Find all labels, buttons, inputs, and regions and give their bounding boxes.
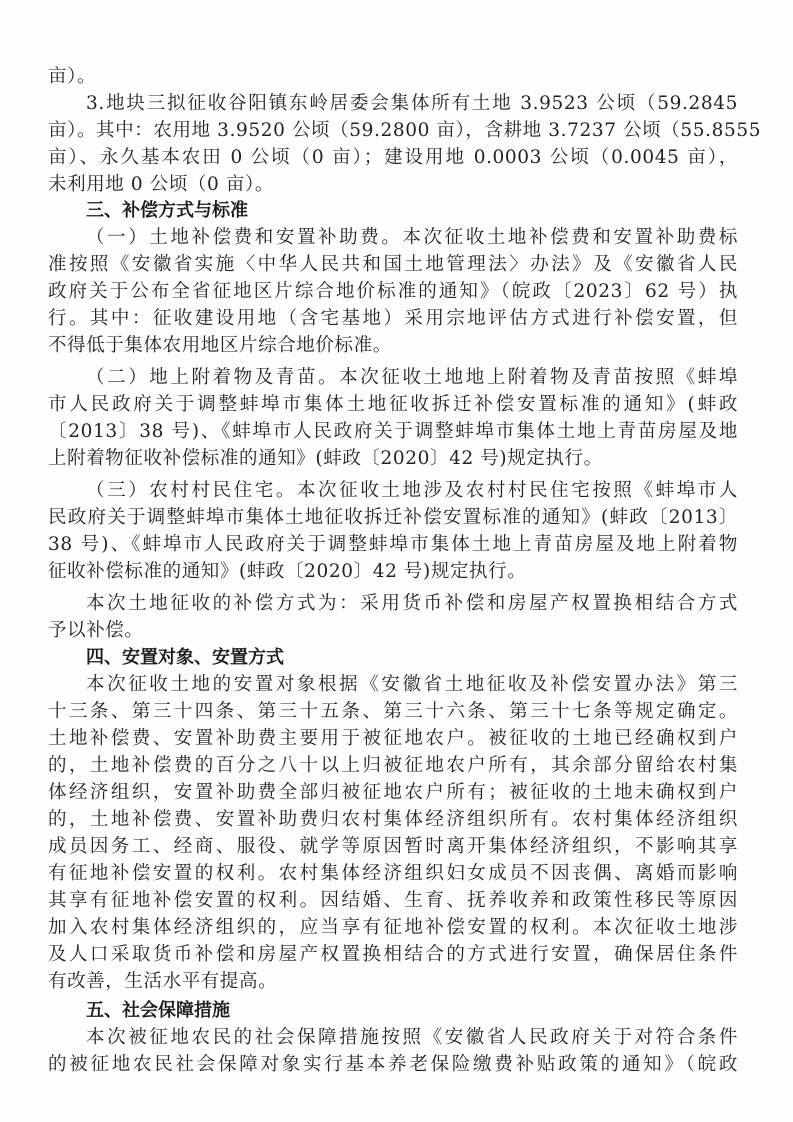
paragraph-line: 市人民政府关于调整蚌埠市集体土地征收拆迁补偿安置标准的通知》(蚌政 <box>48 391 738 418</box>
paragraph-line: 上附着物征收补偿标准的通知》(蚌政〔2020〕42 号)规定执行。 <box>48 445 738 472</box>
document-page: 亩）。3.地块三拟征收谷阳镇东岭居委会集体所有土地 3.9523 公顷（59.2… <box>0 0 793 1122</box>
paragraph-line: 成员因务工、经商、服役、就学等原因暂时离开集体经济组织，不影响其享 <box>48 833 738 860</box>
paragraph-first-line: 本次征收土地的安置对象根据《安徽省土地征收及补偿安置办法》第三 <box>86 671 738 698</box>
paragraph-line: 的，土地补偿费的百分之八十以上归被征地农户所有，其余部分留给农村集 <box>48 752 738 779</box>
paragraph-first-line: （三）农村村民住宅。本次征收土地涉及农村村民住宅按照《蚌埠市人 <box>86 477 738 504</box>
paragraph-line: 亩）、永久基本农田 0 公顷（0 亩）；建设用地 0.0003 公顷（0.004… <box>48 144 738 171</box>
section-heading: 三、补偿方式与标准 <box>86 197 248 224</box>
paragraph-line: 未利用地 0 公顷（0 亩）。 <box>48 171 738 198</box>
section-heading: 五、社会保障措施 <box>86 997 230 1024</box>
paragraph-line: 有征地补偿安置的权利。农村集体经济组织妇女成员不因丧偶、离婚而影响 <box>48 860 738 887</box>
paragraph-line: 有改善，生活水平有提高。 <box>48 968 738 995</box>
paragraph-line: 不得低于集体农用地区片综合地价标准。 <box>48 332 738 359</box>
paragraph-line: 十三条、第三十四条、第三十五条、第三十六条、第三十七条等规定确定。 <box>48 698 738 725</box>
paragraph-line: 及人口采取货币补偿和房屋产权置换相结合的方式进行安置，确保居住条件 <box>48 941 738 968</box>
paragraph-line: 体经济组织，安置补助费全部归被征地农户所有；被征收的土地未确权到户 <box>48 779 738 806</box>
paragraph-line: 予以补偿。 <box>48 617 738 644</box>
section-heading: 四、安置对象、安置方式 <box>86 644 284 671</box>
paragraph-line: 38 号)、《蚌埠市人民政府关于调整蚌埠市集体土地上青苗房屋及地上附着物 <box>48 531 738 558</box>
paragraph-line: 的被征地农民社会保障对象实行基本养老保险缴费补贴政策的通知》（皖政 <box>48 1051 738 1078</box>
paragraph-line: 征收补偿标准的通知》(蚌政〔2020〕42 号)规定执行。 <box>48 558 738 585</box>
paragraph-line: 政府关于公布全省征地区片综合地价标准的通知》（皖政〔2023〕62 号）执 <box>48 278 738 305</box>
paragraph-line: 〔2013〕38 号)、《蚌埠市人民政府关于调整蚌埠市集体土地上青苗房屋及地 <box>48 418 738 445</box>
paragraph-line: 准按照《安徽省实施〈中华人民共和国土地管理法〉办法》及《安徽省人民 <box>48 251 738 278</box>
paragraph-first-line: 本次土地征收的补偿方式为：采用货币补偿和房屋产权置换相结合方式 <box>86 590 738 617</box>
paragraph-line: 的，土地补偿费、安置补助费归农村集体经济组织所有。农村集体经济组织 <box>48 806 738 833</box>
paragraph-line: 亩）。 <box>48 63 738 90</box>
paragraph-line: 其享有征地补偿安置的权利。因结婚、生育、抚养收养和政策性移民等原因 <box>48 887 738 914</box>
paragraph-line: 加入农村集体经济组织的，应当享有征地补偿安置的权利。本次征收土地涉 <box>48 914 738 941</box>
paragraph-line: 民政府关于调整蚌埠市集体土地征收拆迁补偿安置标准的通知》(蚌政〔2013〕 <box>48 504 738 531</box>
paragraph-first-line: （二）地上附着物及青苗。本次征收土地地上附着物及青苗按照《蚌埠 <box>86 364 738 391</box>
paragraph-first-line: 本次被征地农民的社会保障措施按照《安徽省人民政府关于对符合条件 <box>86 1024 738 1051</box>
paragraph-first-line: 3.地块三拟征收谷阳镇东岭居委会集体所有土地 3.9523 公顷（59.2845 <box>86 90 738 117</box>
paragraph-line: 行。其中：征收建设用地（含宅基地）采用宗地评估方式进行补偿安置，但 <box>48 305 738 332</box>
paragraph-line: 亩）。其中：农用地 3.9520 公顷（59.2800 亩），含耕地 3.723… <box>48 117 738 144</box>
paragraph-first-line: （一）土地补偿费和安置补助费。本次征收土地补偿费和安置补助费标 <box>86 224 738 251</box>
paragraph-line: 土地补偿费、安置补助费主要用于被征地农户。被征收的土地已经确权到户 <box>48 725 738 752</box>
